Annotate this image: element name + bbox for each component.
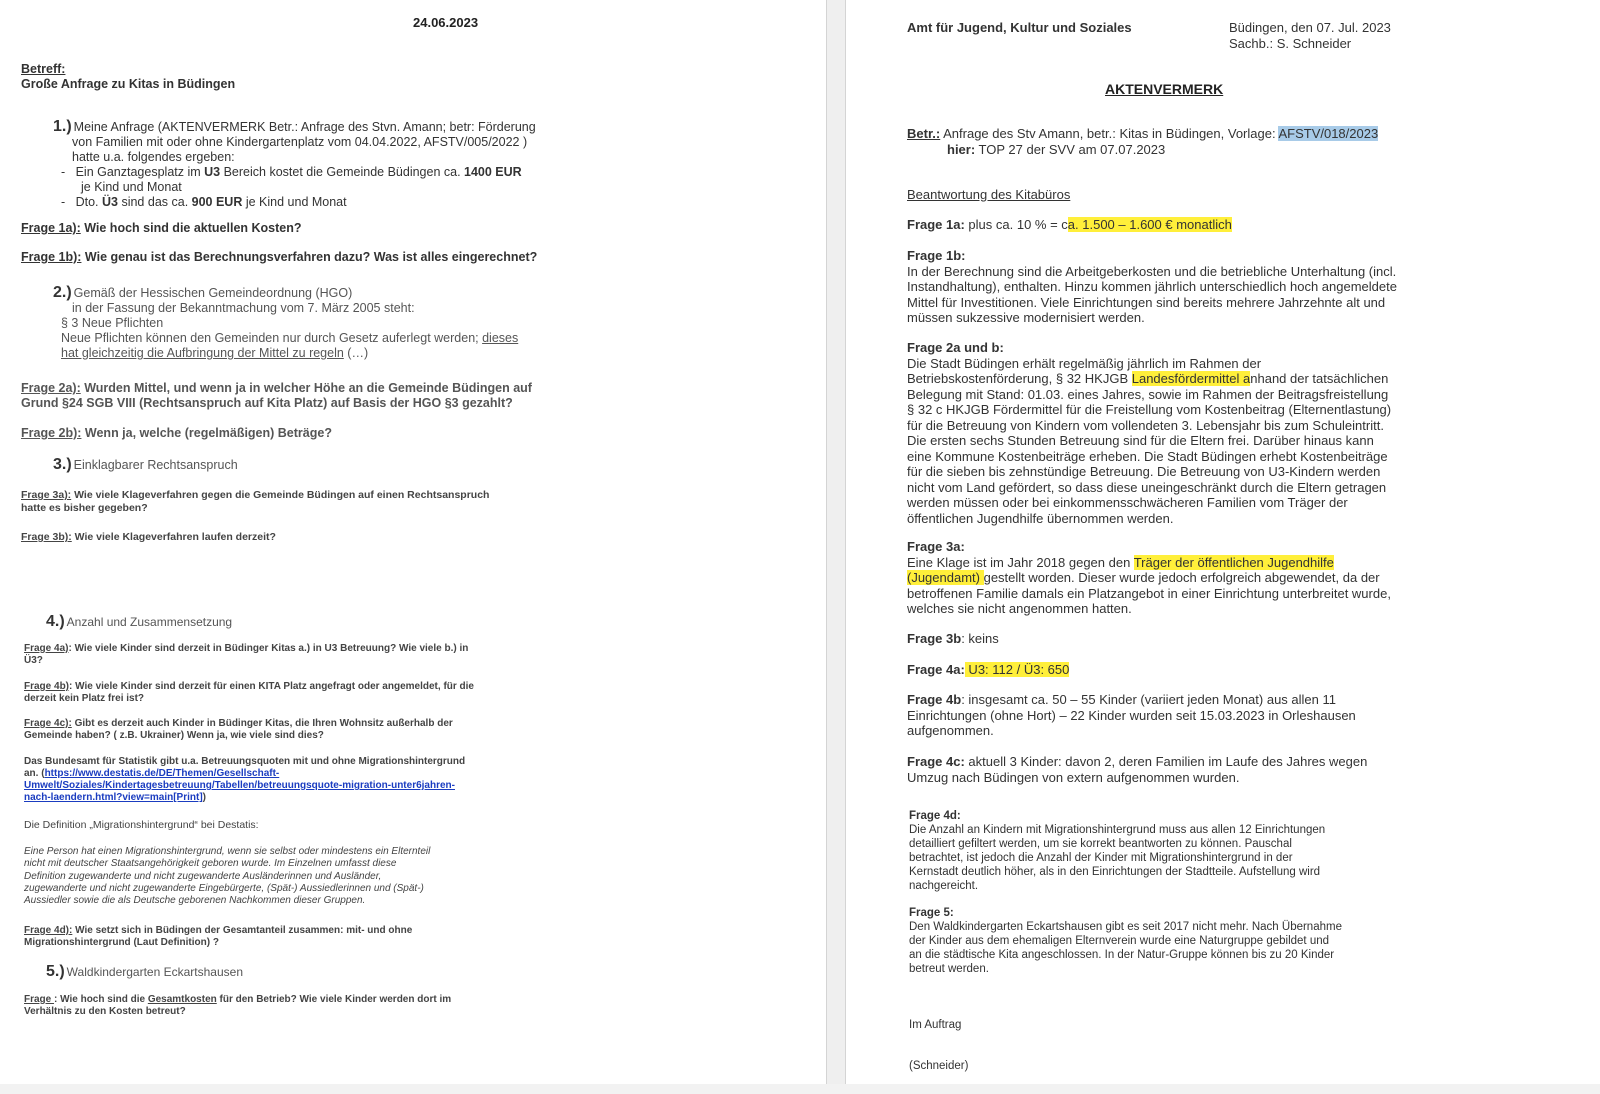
bullet-cont: je Kind und Monat [53,180,553,195]
subject-block: Betreff: Große Anfrage zu Kitas in Büdin… [21,62,235,92]
section-1-line: hatte u.a. folgendes ergeben: [53,150,553,165]
question-4d: Frage 4d): Wie setzt sich in Büdingen de… [24,925,412,949]
left-document-page: 24.06.2023 Betreff: Große Anfrage zu Kit… [0,0,826,1094]
section-2: 2.)Gemäß der Hessischen Gemeindeordnung … [53,285,553,361]
destatis-link[interactable]: nach-laendern.html?view=main[Print] [24,792,203,803]
bullet-item: - Dto. Ü3 sind das ca. 900 EUR je Kind u… [61,195,553,210]
answer-3a: Frage 3a: Eine Klage ist im Jahr 2018 ge… [907,539,1391,617]
answer-4c: Frage 4c: aktuell 3 Kinder: davon 2, der… [907,754,1367,785]
section-3: 3.)Einklagbarer Rechtsanspruch [53,457,238,473]
section-number: 1.) [53,118,72,135]
question-1a: Frage 1a): Wie hoch sind die aktuellen K… [21,221,302,236]
closing: Im Auftrag [909,1018,961,1032]
betreff: Betr.: Anfrage des Stv Amann, betr.: Kit… [907,126,1378,157]
answer-4b: Frage 4b: insgesamt ca. 50 – 55 Kinder (… [907,692,1356,739]
answer-2: Frage 2a und b: Die Stadt Büdingen erhäl… [907,340,1391,526]
page-divider [826,0,846,1084]
section-5: 5.)Waldkindergarten Eckartshausen [46,964,243,980]
destatis-link[interactable]: Umwelt/Soziales/Kindertagesbetreuung/Tab… [24,780,455,791]
question-4b: Frage 4b): Wie viele Kinder sind derzeit… [24,681,474,705]
clerk: Sachb.: S. Schneider [1229,36,1391,52]
answer-1b: Frage 1b: In der Berechnung sind die Arb… [907,248,1397,326]
answer-heading: Beantwortung des Kitabüros [907,187,1070,203]
question-5: Frage : Wie hoch sind die Gesamtkosten f… [24,994,451,1018]
question-2b: Frage 2b): Wenn ja, welche (regelmäßigen… [21,426,332,441]
section-1-line: von Familien mit oder ohne Kindergartenp… [53,135,553,150]
question-2a: Frage 2a): Wurden Mittel, und wenn ja in… [21,381,532,411]
subject-label: Betreff: [21,62,235,77]
bullet-item: - Ein Ganztagesplatz im U3 Bereich koste… [61,165,553,180]
answer-4a: Frage 4a: U3: 112 / Ü3: 650 [907,662,1069,678]
viewer-bottom-edge [0,1084,1600,1094]
definition-text: Eine Person hat einen Migrationshintergr… [24,846,430,907]
question-1b: Frage 1b): Wie genau ist das Berechnungs… [21,250,537,265]
document-date: 24.06.2023 [413,15,478,30]
office-name: Amt für Jugend, Kultur und Soziales [907,20,1132,36]
vorlage-reference: AFSTV/018/2023 [1278,126,1378,141]
destatis-note: Das Bundesamt für Statistik gibt u.a. Be… [24,756,465,804]
question-4c: Frage 4c): Gibt es derzeit auch Kinder i… [24,718,453,742]
question-3b: Frage 3b): Wie viele Klageverfahren lauf… [21,531,276,544]
answer-1a: Frage 1a: plus ca. 10 % = ca. 1.500 – 1.… [907,217,1232,233]
section-4: 4.)Anzahl und Zusammensetzung [46,614,232,630]
question-4a: Frage 4a): Wie viele Kinder sind derzeit… [24,643,468,667]
destatis-link[interactable]: https://www.destatis.de/DE/Themen/Gesell… [45,768,280,779]
answer-4d: Frage 4d: Die Anzahl an Kindern mit Migr… [909,809,1325,893]
section-1: 1.)Meine Anfrage (AKTENVERMERK Betr.: An… [53,119,553,210]
section-1-line: Meine Anfrage (AKTENVERMERK Betr.: Anfra… [74,120,536,134]
signature: (Schneider) [909,1059,968,1073]
header-meta: Büdingen, den 07. Jul. 2023 Sachb.: S. S… [1229,20,1391,51]
definition-heading: Die Definition „Migrationshintergrund“ b… [24,819,259,832]
memo-title: AKTENVERMERK [1105,81,1223,97]
answer-5: Frage 5: Den Waldkindergarten Eckartshau… [909,906,1342,976]
place-date: Büdingen, den 07. Jul. 2023 [1229,20,1391,36]
right-document-page: Amt für Jugend, Kultur und Soziales Büdi… [847,0,1600,1084]
answer-3b: Frage 3b: keins [907,631,999,647]
question-3a: Frage 3a): Wie viele Klageverfahren gege… [21,489,489,514]
subject-text: Große Anfrage zu Kitas in Büdingen [21,77,235,92]
